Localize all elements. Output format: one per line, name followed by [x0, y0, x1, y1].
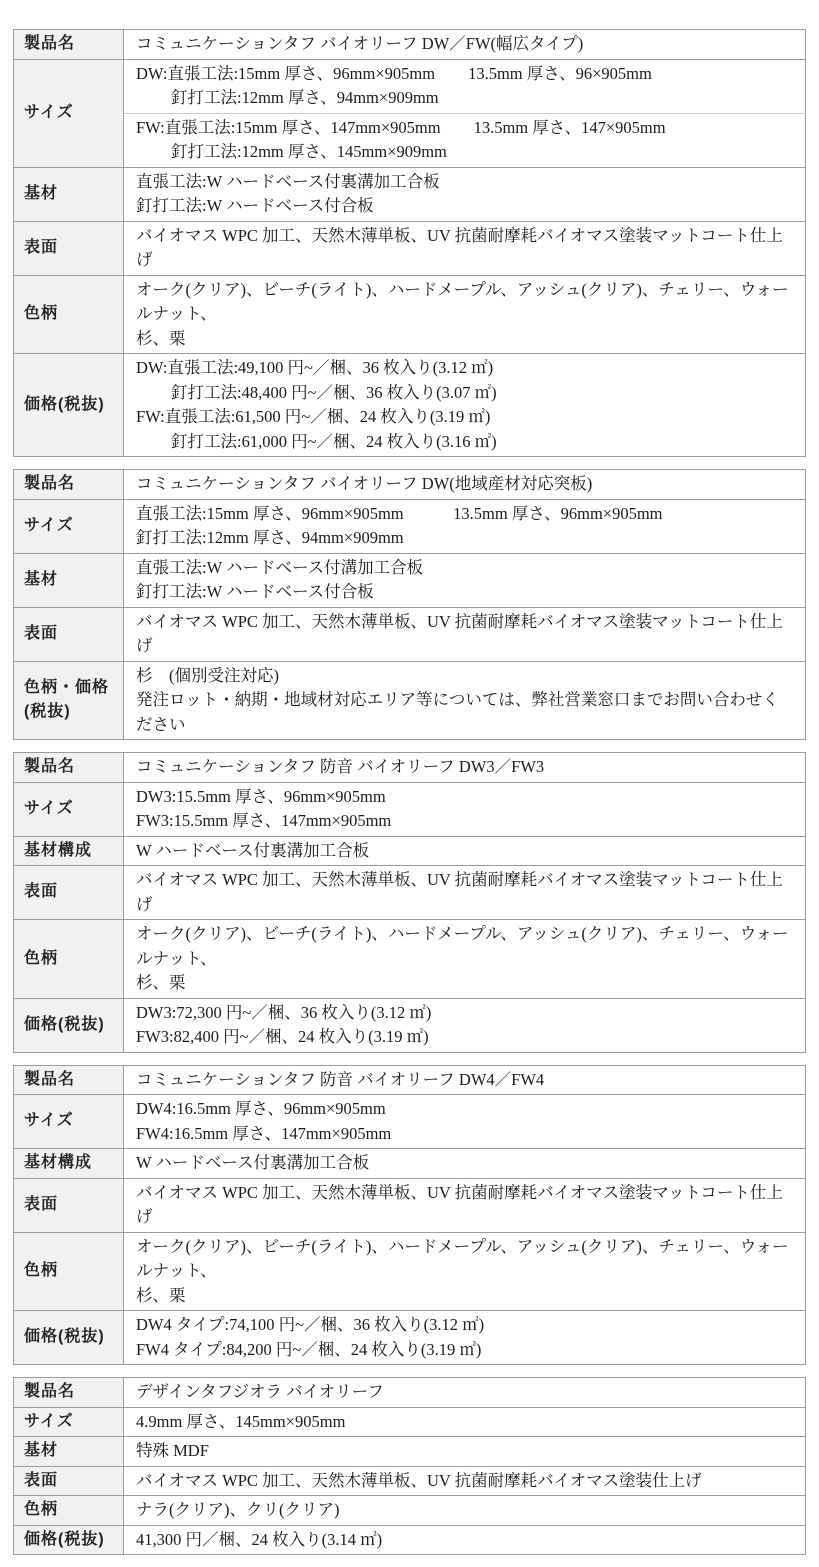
- row-label-size: サイズ: [14, 499, 124, 553]
- row-label-price: 価格(税抜): [14, 1311, 124, 1365]
- spec-line: DW3:15.5mm 厚さ、96mm×905mm: [136, 785, 795, 810]
- spec-line: 直張工法:W ハードベース付溝加工合板: [136, 556, 795, 581]
- table-row: 表面 バイオマス WPC 加工、天然木薄単板、UV 抗菌耐摩耗バイオマス塗装マッ…: [14, 221, 806, 275]
- spec-line: コミュニケーションタフ 防音 バイオリーフ DW4／FW4: [136, 1068, 795, 1093]
- spec-line: バイオマス WPC 加工、天然木薄単板、UV 抗菌耐摩耗バイオマス塗装マットコー…: [136, 224, 795, 273]
- row-label-size: サイズ: [14, 59, 124, 167]
- product-name-value: コミュニケーションタフ バイオリーフ DW／FW(幅広タイプ): [124, 30, 806, 60]
- price-value: DW3:72,300 円~／梱、36 枚入り(3.12 ㎡) FW3:82,40…: [124, 998, 806, 1052]
- colors-value: オーク(クリア)、ビーチ(ライト)、ハードメープル、アッシュ(クリア)、チェリー…: [124, 275, 806, 354]
- spec-line: コミュニケーションタフ バイオリーフ DW(地域産材対応突板): [136, 472, 795, 497]
- row-label-colors: 色柄: [14, 275, 124, 354]
- table-row: 基材 直張工法:W ハードベース付裏溝加工合板 釘打工法:W ハードベース付合板: [14, 167, 806, 221]
- spec-line: FW4:16.5mm 厚さ、147mm×905mm: [136, 1122, 795, 1147]
- price-value: DW4 タイプ:74,100 円~／梱、36 枚入り(3.12 ㎡) FW4 タ…: [124, 1311, 806, 1365]
- base-composition-value: W ハードベース付裏溝加工合板: [124, 1149, 806, 1179]
- base-material-value: 直張工法:W ハードベース付溝加工合板 釘打工法:W ハードベース付合板: [124, 553, 806, 607]
- spec-line: DW:直張工法:49,100 円~／梱、36 枚入り(3.12 ㎡): [136, 356, 795, 381]
- table-row: 表面 バイオマス WPC 加工、天然木薄単板、UV 抗菌耐摩耗バイオマス塗装マッ…: [14, 866, 806, 920]
- product-spec-table-giora: 製品名 デザインタフジオラ バイオリーフ サイズ 4.9mm 厚さ、145mm×…: [13, 1377, 806, 1555]
- colors-value: オーク(クリア)、ビーチ(ライト)、ハードメープル、アッシュ(クリア)、チェリー…: [124, 1232, 806, 1311]
- product-name-value: コミュニケーションタフ 防音 バイオリーフ DW4／FW4: [124, 1065, 806, 1095]
- price-value: 41,300 円／梱、24 枚入り(3.14 ㎡): [124, 1525, 806, 1555]
- table-row: サイズ DW:直張工法:15mm 厚さ、96mm×905mm 13.5mm 厚さ…: [14, 59, 806, 113]
- row-label-size: サイズ: [14, 1095, 124, 1149]
- table-row: 色柄 ナラ(クリア)、クリ(クリア): [14, 1496, 806, 1526]
- spec-line: オーク(クリア)、ビーチ(ライト)、ハードメープル、アッシュ(クリア)、チェリー…: [136, 922, 795, 971]
- table-row: 製品名 コミュニケーションタフ 防音 バイオリーフ DW4／FW4: [14, 1065, 806, 1095]
- row-label-surface: 表面: [14, 1466, 124, 1496]
- spec-line: 釘打工法:12mm 厚さ、94mm×909mm: [136, 86, 795, 111]
- spec-line: 杉、栗: [136, 1284, 795, 1309]
- spec-line: バイオマス WPC 加工、天然木薄単板、UV 抗菌耐摩耗バイオマス塗装マットコー…: [136, 610, 795, 659]
- spec-line: DW4 タイプ:74,100 円~／梱、36 枚入り(3.12 ㎡): [136, 1313, 795, 1338]
- row-label-base-composition: 基材構成: [14, 836, 124, 866]
- table-row: FW:直張工法:15mm 厚さ、147mm×905mm 13.5mm 厚さ、14…: [14, 113, 806, 167]
- spec-line: 41,300 円／梱、24 枚入り(3.14 ㎡): [136, 1528, 795, 1553]
- spec-line: オーク(クリア)、ビーチ(ライト)、ハードメープル、アッシュ(クリア)、チェリー…: [136, 278, 795, 327]
- spec-sheet-page: 製品名 コミュニケーションタフ バイオリーフ DW／FW(幅広タイプ) サイズ …: [0, 0, 819, 1555]
- table-row: サイズ DW3:15.5mm 厚さ、96mm×905mm FW3:15.5mm …: [14, 782, 806, 836]
- table-row: 価格(税抜) DW3:72,300 円~／梱、36 枚入り(3.12 ㎡) FW…: [14, 998, 806, 1052]
- spec-line: コミュニケーションタフ 防音 バイオリーフ DW3／FW3: [136, 755, 795, 780]
- base-material-value: 特殊 MDF: [124, 1437, 806, 1467]
- spec-line: 直張工法:W ハードベース付裏溝加工合板: [136, 170, 795, 195]
- spec-line: バイオマス WPC 加工、天然木薄単板、UV 抗菌耐摩耗バイオマス塗装マットコー…: [136, 868, 795, 917]
- spec-line: 発注ロット・納期・地域材対応エリア等については、弊社営業窓口までお問い合わせくだ…: [136, 688, 795, 737]
- spec-line: 釘打工法:48,400 円~／梱、36 枚入り(3.07 ㎡): [136, 381, 795, 406]
- product-name-value: コミュニケーションタフ バイオリーフ DW(地域産材対応突板): [124, 470, 806, 500]
- product-spec-table-dw-regional: 製品名 コミュニケーションタフ バイオリーフ DW(地域産材対応突板) サイズ …: [13, 469, 806, 740]
- row-label-base-material: 基材: [14, 1437, 124, 1467]
- spec-line: FW3:82,400 円~／梱、24 枚入り(3.19 ㎡): [136, 1025, 795, 1050]
- size-value: DW3:15.5mm 厚さ、96mm×905mm FW3:15.5mm 厚さ、1…: [124, 782, 806, 836]
- row-label-product-name: 製品名: [14, 470, 124, 500]
- row-label-size: サイズ: [14, 1407, 124, 1437]
- row-label-surface: 表面: [14, 866, 124, 920]
- row-label-colors: 色柄: [14, 1232, 124, 1311]
- spec-line: W ハードベース付裏溝加工合板: [136, 1151, 795, 1176]
- product-spec-table-dw4-fw4: 製品名 コミュニケーションタフ 防音 バイオリーフ DW4／FW4 サイズ DW…: [13, 1065, 806, 1366]
- row-label-product-name: 製品名: [14, 753, 124, 783]
- surface-value: バイオマス WPC 加工、天然木薄単板、UV 抗菌耐摩耗バイオマス塗装マットコー…: [124, 866, 806, 920]
- spec-line: FW4 タイプ:84,200 円~／梱、24 枚入り(3.19 ㎡): [136, 1338, 795, 1363]
- row-label-base-material: 基材: [14, 167, 124, 221]
- size-fw-value: FW:直張工法:15mm 厚さ、147mm×905mm 13.5mm 厚さ、14…: [124, 113, 806, 167]
- table-row: 表面 バイオマス WPC 加工、天然木薄単板、UV 抗菌耐摩耗バイオマス塗装マッ…: [14, 607, 806, 661]
- row-label-colors-price: 色柄・価格 (税抜): [14, 661, 124, 740]
- spec-line: コミュニケーションタフ バイオリーフ DW／FW(幅広タイプ): [136, 32, 795, 57]
- table-row: 製品名 デザインタフジオラ バイオリーフ: [14, 1378, 806, 1408]
- spec-line: 釘打工法:12mm 厚さ、94mm×909mm: [136, 526, 795, 551]
- table-row: サイズ DW4:16.5mm 厚さ、96mm×905mm FW4:16.5mm …: [14, 1095, 806, 1149]
- price-value: DW:直張工法:49,100 円~／梱、36 枚入り(3.12 ㎡) 釘打工法:…: [124, 354, 806, 457]
- spec-line: W ハードベース付裏溝加工合板: [136, 839, 795, 864]
- table-row: 色柄・価格 (税抜) 杉 (個別受注対応) 発注ロット・納期・地域材対応エリア等…: [14, 661, 806, 740]
- spec-line: 杉、栗: [136, 327, 795, 352]
- size-value: DW4:16.5mm 厚さ、96mm×905mm FW4:16.5mm 厚さ、1…: [124, 1095, 806, 1149]
- spec-line: DW4:16.5mm 厚さ、96mm×905mm: [136, 1097, 795, 1122]
- spec-line: デザインタフジオラ バイオリーフ: [136, 1380, 795, 1405]
- colors-value: ナラ(クリア)、クリ(クリア): [124, 1496, 806, 1526]
- row-label-surface: 表面: [14, 1178, 124, 1232]
- table-row: 価格(税抜) DW4 タイプ:74,100 円~／梱、36 枚入り(3.12 ㎡…: [14, 1311, 806, 1365]
- spec-line: DW3:72,300 円~／梱、36 枚入り(3.12 ㎡): [136, 1001, 795, 1026]
- table-row: 色柄 オーク(クリア)、ビーチ(ライト)、ハードメープル、アッシュ(クリア)、チ…: [14, 275, 806, 354]
- product-spec-table-dw-fw: 製品名 コミュニケーションタフ バイオリーフ DW／FW(幅広タイプ) サイズ …: [13, 29, 806, 457]
- product-name-value: コミュニケーションタフ 防音 バイオリーフ DW3／FW3: [124, 753, 806, 783]
- colors-value: オーク(クリア)、ビーチ(ライト)、ハードメープル、アッシュ(クリア)、チェリー…: [124, 920, 806, 999]
- spec-line: 釘打工法:61,000 円~／梱、24 枚入り(3.16 ㎡): [136, 430, 795, 455]
- spec-line: FW:直張工法:15mm 厚さ、147mm×905mm 13.5mm 厚さ、14…: [136, 116, 795, 141]
- spec-line: 釘打工法:W ハードベース付合板: [136, 194, 795, 219]
- spec-line: 直張工法:15mm 厚さ、96mm×905mm 13.5mm 厚さ、96mm×9…: [136, 502, 795, 527]
- row-label-price: 価格(税抜): [14, 1525, 124, 1555]
- row-label-base-composition: 基材構成: [14, 1149, 124, 1179]
- table-row: 表面 バイオマス WPC 加工、天然木薄単板、UV 抗菌耐摩耗バイオマス塗装マッ…: [14, 1178, 806, 1232]
- base-material-value: 直張工法:W ハードベース付裏溝加工合板 釘打工法:W ハードベース付合板: [124, 167, 806, 221]
- table-row: 表面 バイオマス WPC 加工、天然木薄単板、UV 抗菌耐摩耗バイオマス塗装仕上…: [14, 1466, 806, 1496]
- spec-line: バイオマス WPC 加工、天然木薄単板、UV 抗菌耐摩耗バイオマス塗装仕上げ: [136, 1469, 795, 1494]
- size-value: 直張工法:15mm 厚さ、96mm×905mm 13.5mm 厚さ、96mm×9…: [124, 499, 806, 553]
- surface-value: バイオマス WPC 加工、天然木薄単板、UV 抗菌耐摩耗バイオマス塗装マットコー…: [124, 1178, 806, 1232]
- row-label-colors: 色柄: [14, 920, 124, 999]
- spec-line: オーク(クリア)、ビーチ(ライト)、ハードメープル、アッシュ(クリア)、チェリー…: [136, 1235, 795, 1284]
- table-row: サイズ 直張工法:15mm 厚さ、96mm×905mm 13.5mm 厚さ、96…: [14, 499, 806, 553]
- table-row: 色柄 オーク(クリア)、ビーチ(ライト)、ハードメープル、アッシュ(クリア)、チ…: [14, 1232, 806, 1311]
- spec-line: 釘打工法:W ハードベース付合板: [136, 580, 795, 605]
- spec-line: バイオマス WPC 加工、天然木薄単板、UV 抗菌耐摩耗バイオマス塗装マットコー…: [136, 1181, 795, 1230]
- row-label-product-name: 製品名: [14, 1065, 124, 1095]
- row-label-price: 価格(税抜): [14, 998, 124, 1052]
- row-label-product-name: 製品名: [14, 30, 124, 60]
- spec-line: DW:直張工法:15mm 厚さ、96mm×905mm 13.5mm 厚さ、96×…: [136, 62, 795, 87]
- row-label-size: サイズ: [14, 782, 124, 836]
- spec-line: 4.9mm 厚さ、145mm×905mm: [136, 1410, 795, 1435]
- table-row: 価格(税抜) 41,300 円／梱、24 枚入り(3.14 ㎡): [14, 1525, 806, 1555]
- row-label-surface: 表面: [14, 607, 124, 661]
- row-label-price: 価格(税抜): [14, 354, 124, 457]
- table-row: 基材構成 W ハードベース付裏溝加工合板: [14, 1149, 806, 1179]
- surface-value: バイオマス WPC 加工、天然木薄単板、UV 抗菌耐摩耗バイオマス塗装仕上げ: [124, 1466, 806, 1496]
- row-label-product-name: 製品名: [14, 1378, 124, 1408]
- row-label-base-material: 基材: [14, 553, 124, 607]
- row-label-surface: 表面: [14, 221, 124, 275]
- row-label-colors: 色柄: [14, 1496, 124, 1526]
- product-name-value: デザインタフジオラ バイオリーフ: [124, 1378, 806, 1408]
- base-composition-value: W ハードベース付裏溝加工合板: [124, 836, 806, 866]
- table-row: 製品名 コミュニケーションタフ バイオリーフ DW／FW(幅広タイプ): [14, 30, 806, 60]
- spec-line: 杉 (個別受注対応): [136, 664, 795, 689]
- colors-price-value: 杉 (個別受注対応) 発注ロット・納期・地域材対応エリア等については、弊社営業窓…: [124, 661, 806, 740]
- table-row: サイズ 4.9mm 厚さ、145mm×905mm: [14, 1407, 806, 1437]
- surface-value: バイオマス WPC 加工、天然木薄単板、UV 抗菌耐摩耗バイオマス塗装マットコー…: [124, 221, 806, 275]
- size-value: 4.9mm 厚さ、145mm×905mm: [124, 1407, 806, 1437]
- surface-value: バイオマス WPC 加工、天然木薄単板、UV 抗菌耐摩耗バイオマス塗装マットコー…: [124, 607, 806, 661]
- table-row: 基材構成 W ハードベース付裏溝加工合板: [14, 836, 806, 866]
- table-row: 基材 特殊 MDF: [14, 1437, 806, 1467]
- size-dw-value: DW:直張工法:15mm 厚さ、96mm×905mm 13.5mm 厚さ、96×…: [124, 59, 806, 113]
- spec-line: FW3:15.5mm 厚さ、147mm×905mm: [136, 809, 795, 834]
- product-spec-table-dw3-fw3: 製品名 コミュニケーションタフ 防音 バイオリーフ DW3／FW3 サイズ DW…: [13, 752, 806, 1053]
- spec-line: 特殊 MDF: [136, 1439, 795, 1464]
- table-row: 製品名 コミュニケーションタフ バイオリーフ DW(地域産材対応突板): [14, 470, 806, 500]
- table-row: 価格(税抜) DW:直張工法:49,100 円~／梱、36 枚入り(3.12 ㎡…: [14, 354, 806, 457]
- table-row: 製品名 コミュニケーションタフ 防音 バイオリーフ DW3／FW3: [14, 753, 806, 783]
- spec-line: ナラ(クリア)、クリ(クリア): [136, 1498, 795, 1523]
- spec-line: FW:直張工法:61,500 円~／梱、24 枚入り(3.19 ㎡): [136, 405, 795, 430]
- table-row: 色柄 オーク(クリア)、ビーチ(ライト)、ハードメープル、アッシュ(クリア)、チ…: [14, 920, 806, 999]
- spec-line: 杉、栗: [136, 971, 795, 996]
- spec-line: 釘打工法:12mm 厚さ、145mm×909mm: [136, 140, 795, 165]
- table-row: 基材 直張工法:W ハードベース付溝加工合板 釘打工法:W ハードベース付合板: [14, 553, 806, 607]
